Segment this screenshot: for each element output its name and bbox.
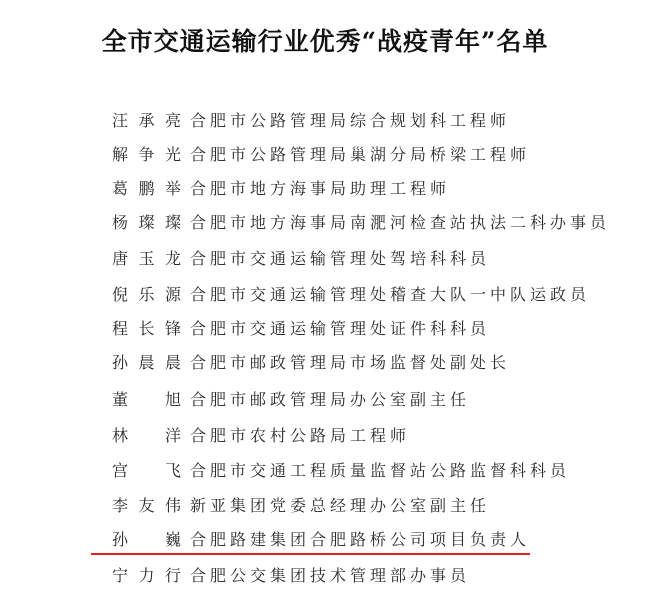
honoree-name: 林 洋 (112, 423, 184, 446)
honoree-position: 合肥市地方海事局助理工程师 (190, 176, 450, 199)
honoree-position: 合肥市交通工程质量监督站公路监督科科员 (190, 458, 570, 481)
honoree-name: 孙晨晨 (112, 350, 184, 373)
list-item: 孙晨晨 合肥市邮政管理局市场监督处副处长 (112, 349, 510, 373)
list-item: 葛鹏举 合肥市地方海事局助理工程师 (112, 175, 450, 199)
honoree-position: 合肥市交通运输管理处证件科科员 (190, 316, 490, 339)
honoree-position: 合肥公交集团技术管理部办事员 (190, 563, 470, 586)
honoree-name: 李友伟 (112, 493, 184, 516)
honoree-position: 合肥市公路管理局综合规划科工程师 (190, 108, 510, 131)
honoree-position: 合肥市公路管理局巢湖分局桥梁工程师 (190, 142, 530, 165)
list-item: 杨璨璨 合肥市地方海事局南淝河检查站执法二科办事员 (112, 209, 610, 233)
list-item: 董 旭 合肥市邮政管理局办公室副主任 (112, 386, 470, 410)
list-item: 程长锋 合肥市交通运输管理处证件科科员 (112, 315, 490, 339)
list-item: 林 洋 合肥市农村公路局工程师 (112, 422, 410, 446)
honoree-position: 合肥市交通运输管理处稽查大队一中队运政员 (190, 282, 590, 305)
honoree-name: 董 旭 (112, 387, 184, 410)
list-item: 宫 飞 合肥市交通工程质量监督站公路监督科科员 (112, 457, 570, 481)
honoree-name: 倪乐源 (112, 282, 184, 305)
honoree-name: 葛鹏举 (112, 176, 184, 199)
list-item: 唐玉龙 合肥市交通运输管理处驾培科科员 (112, 245, 490, 269)
honoree-name: 汪承亮 (112, 108, 184, 131)
honoree-list: 汪承亮 合肥市公路管理局综合规划科工程师 解争光 合肥市公路管理局巢湖分局桥梁工… (0, 0, 650, 596)
list-item: 李友伟 新亚集团党委总经理办公室副主任 (112, 492, 490, 516)
list-item-highlighted: 孙 巍 合肥路建集团合肥路桥公司项目负责人 (112, 526, 530, 550)
honoree-position: 合肥市邮政管理局市场监督处副处长 (190, 350, 510, 373)
list-item: 倪乐源 合肥市交通运输管理处稽查大队一中队运政员 (112, 281, 590, 305)
honoree-position: 合肥市农村公路局工程师 (190, 423, 410, 446)
honoree-position: 新亚集团党委总经理办公室副主任 (190, 493, 490, 516)
honoree-name: 宁力行 (112, 563, 184, 586)
red-underline-highlight (91, 553, 530, 555)
list-item: 解争光 合肥市公路管理局巢湖分局桥梁工程师 (112, 141, 530, 165)
list-item: 汪承亮 合肥市公路管理局综合规划科工程师 (112, 107, 510, 131)
honoree-position: 合肥市邮政管理局办公室副主任 (190, 387, 470, 410)
honoree-name: 唐玉龙 (112, 246, 184, 269)
honoree-name: 宫 飞 (112, 458, 184, 481)
list-item: 宁力行 合肥公交集团技术管理部办事员 (112, 562, 470, 586)
honoree-position: 合肥市交通运输管理处驾培科科员 (190, 246, 490, 269)
honoree-name: 程长锋 (112, 316, 184, 339)
honoree-name: 杨璨璨 (112, 210, 184, 233)
honoree-name: 解争光 (112, 142, 184, 165)
honoree-position: 合肥市地方海事局南淝河检查站执法二科办事员 (190, 210, 610, 233)
honoree-position: 合肥路建集团合肥路桥公司项目负责人 (190, 527, 530, 550)
honoree-name: 孙 巍 (112, 527, 184, 550)
